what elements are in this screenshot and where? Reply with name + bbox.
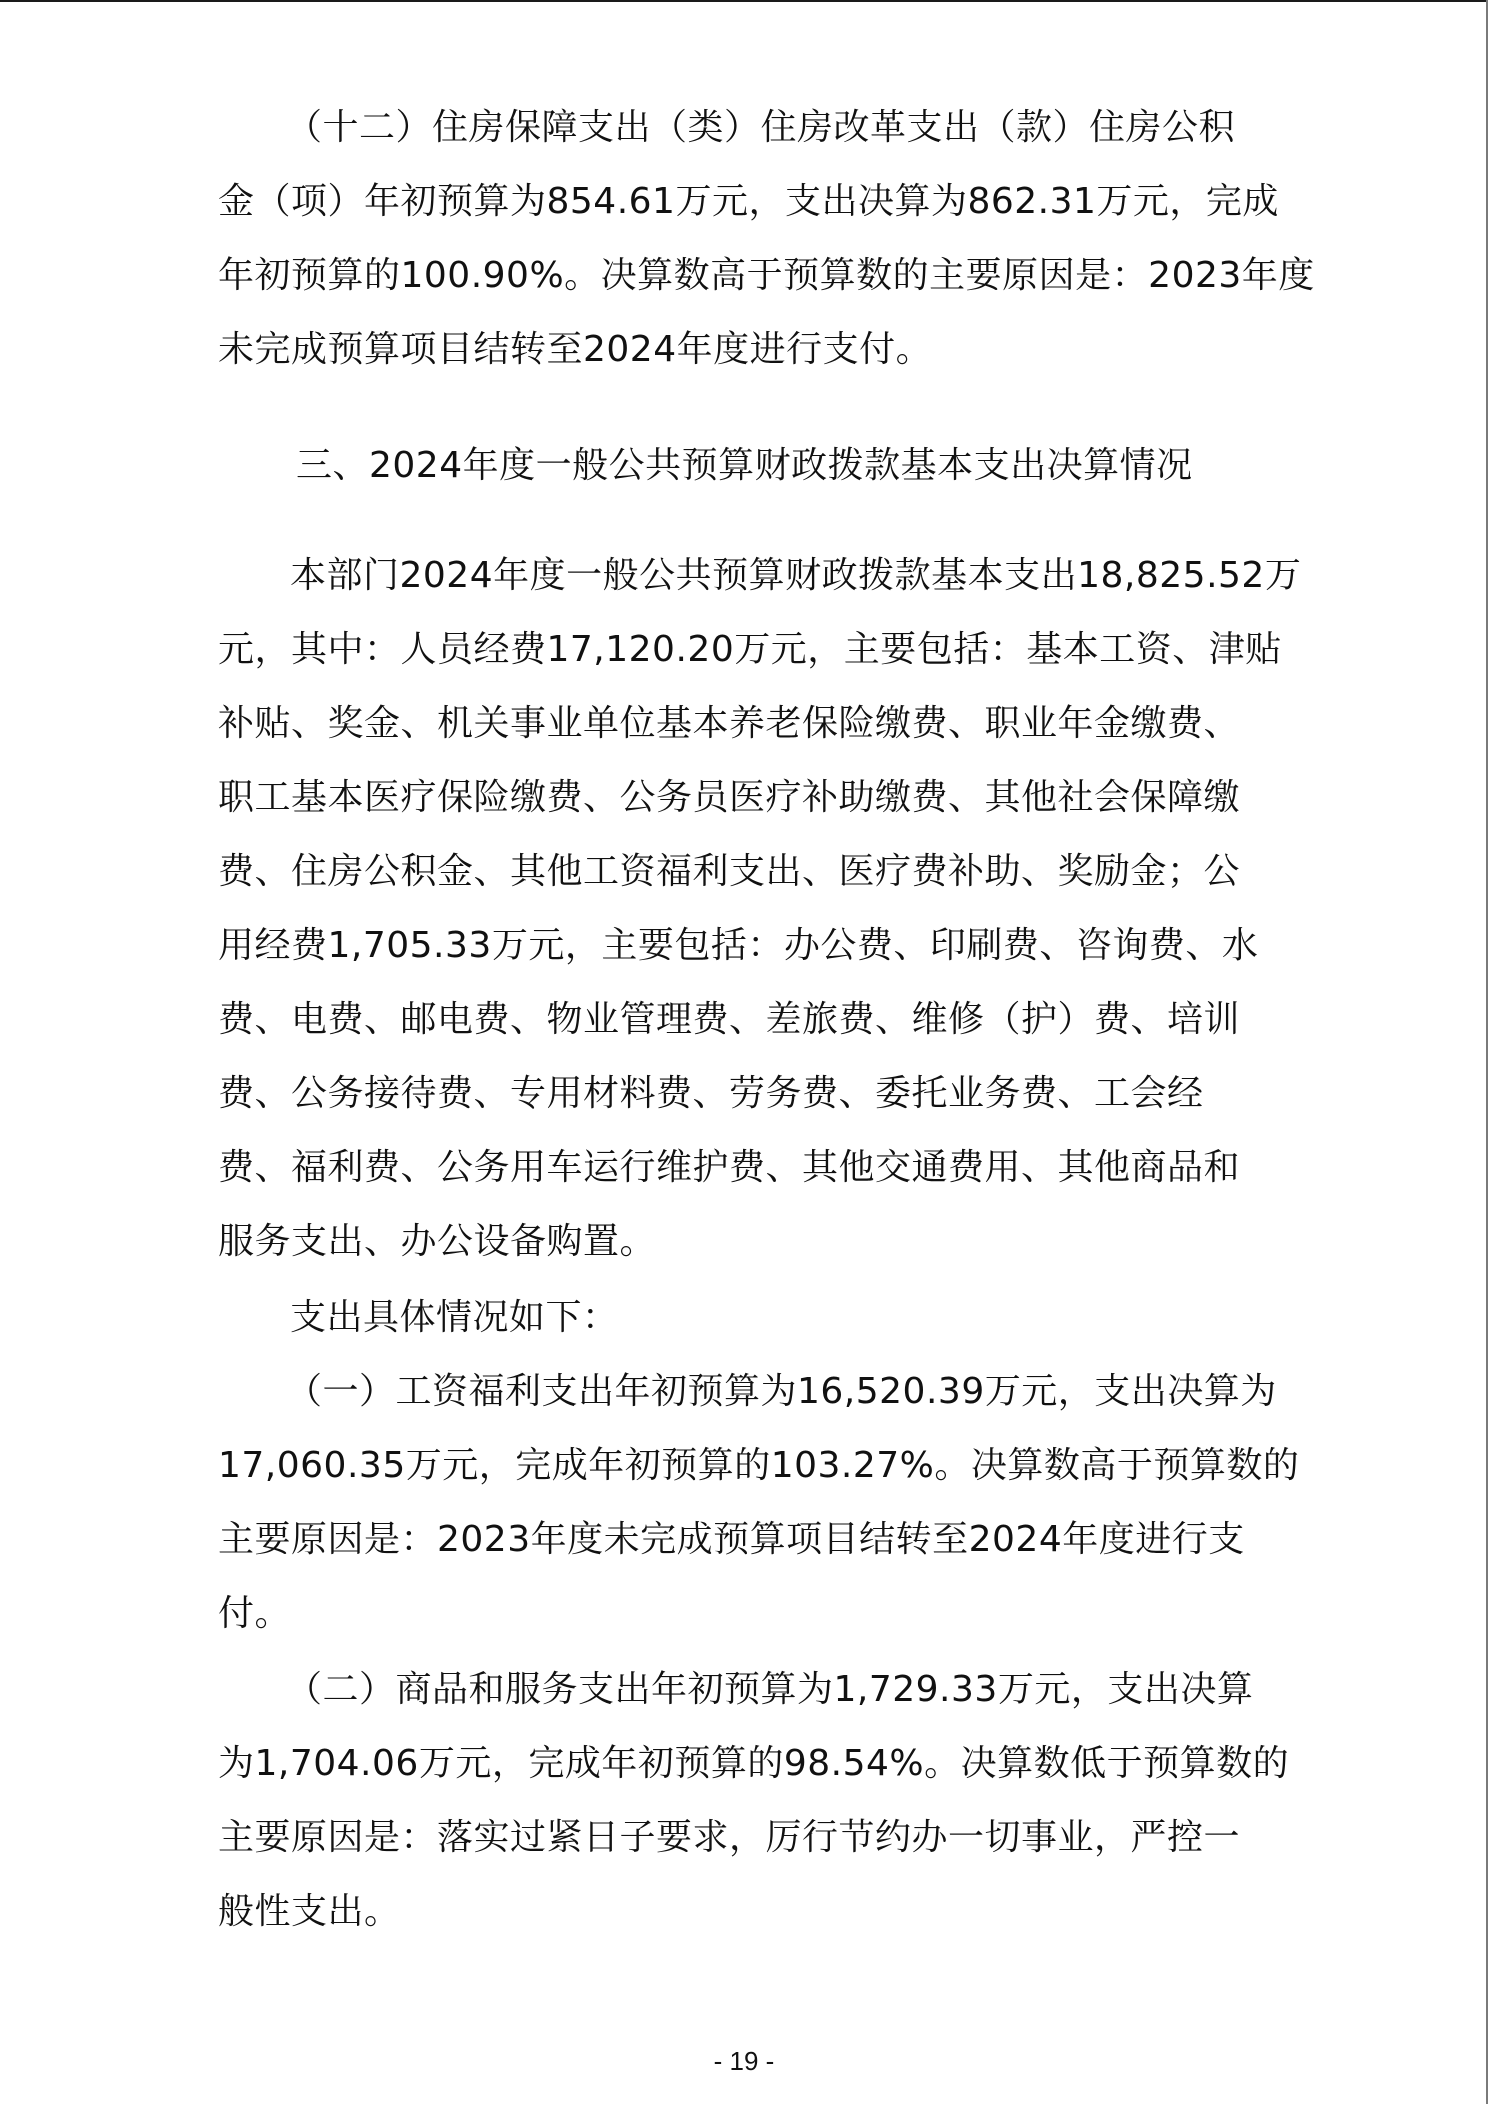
details-intro: 支出具体情况如下：: [290, 1298, 619, 1338]
text-line: 般性支出。: [218, 1892, 401, 1932]
text-line: 17,060.35万元，完成年初预算的103.27%。决算数高于预算数的: [218, 1446, 1299, 1486]
text-line: 服务支出、办公设备购置。: [218, 1222, 656, 1262]
section-heading: 三、2024年度一般公共预算财政拨款基本支出决算情况: [296, 446, 1193, 486]
text-line: （二）商品和服务支出年初预算为1,729.33万元，支出决算: [286, 1670, 1253, 1710]
text-line: （一）工资福利支出年初预算为16,520.39万元，支出决算为: [286, 1372, 1277, 1412]
text-line: 年初预算的100.90%。决算数高于预算数的主要原因是：2023年度: [218, 256, 1315, 296]
text-line: 付。: [218, 1594, 291, 1634]
text-line: 费、电费、邮电费、物业管理费、差旅费、维修（护）费、培训: [218, 1000, 1240, 1040]
text-line: 元，其中：人员经费17,120.20万元，主要包括：基本工资、津贴: [218, 630, 1282, 670]
text-line: 费、公务接待费、专用材料费、劳务费、委托业务费、工会经: [218, 1074, 1204, 1114]
text-line: （十二）住房保障支出（类）住房改革支出（款）住房公积: [286, 108, 1235, 148]
text-line: 费、福利费、公务用车运行维护费、其他交通费用、其他商品和: [218, 1148, 1240, 1188]
text-line: 金（项）年初预算为854.61万元，支出决算为862.31万元，完成: [218, 182, 1279, 222]
text-line: 未完成预算项目结转至2024年度进行支付。: [218, 330, 932, 370]
text-line: 为1,704.06万元，完成年初预算的98.54%。决算数低于预算数的: [218, 1744, 1289, 1784]
page-number: - 19 -: [0, 2046, 1488, 2076]
text-line: 补贴、奖金、机关事业单位基本养老保险缴费、职业年金缴费、: [218, 704, 1240, 744]
text-line: 费、住房公积金、其他工资福利支出、医疗费补助、奖励金；公: [218, 852, 1240, 892]
text-line: 主要原因是：2023年度未完成预算项目结转至2024年度进行支: [218, 1520, 1245, 1560]
text-line: 职工基本医疗保险缴费、公务员医疗补助缴费、其他社会保障缴: [218, 778, 1240, 818]
text-line: 主要原因是：落实过紧日子要求，厉行节约办一切事业，严控一: [218, 1818, 1240, 1858]
text-line: 本部门2024年度一般公共预算财政拨款基本支出18,825.52万: [290, 556, 1301, 596]
text-line: 用经费1,705.33万元，主要包括：办公费、印刷费、咨询费、水: [218, 926, 1258, 966]
page-top-border: [0, 0, 1488, 2]
